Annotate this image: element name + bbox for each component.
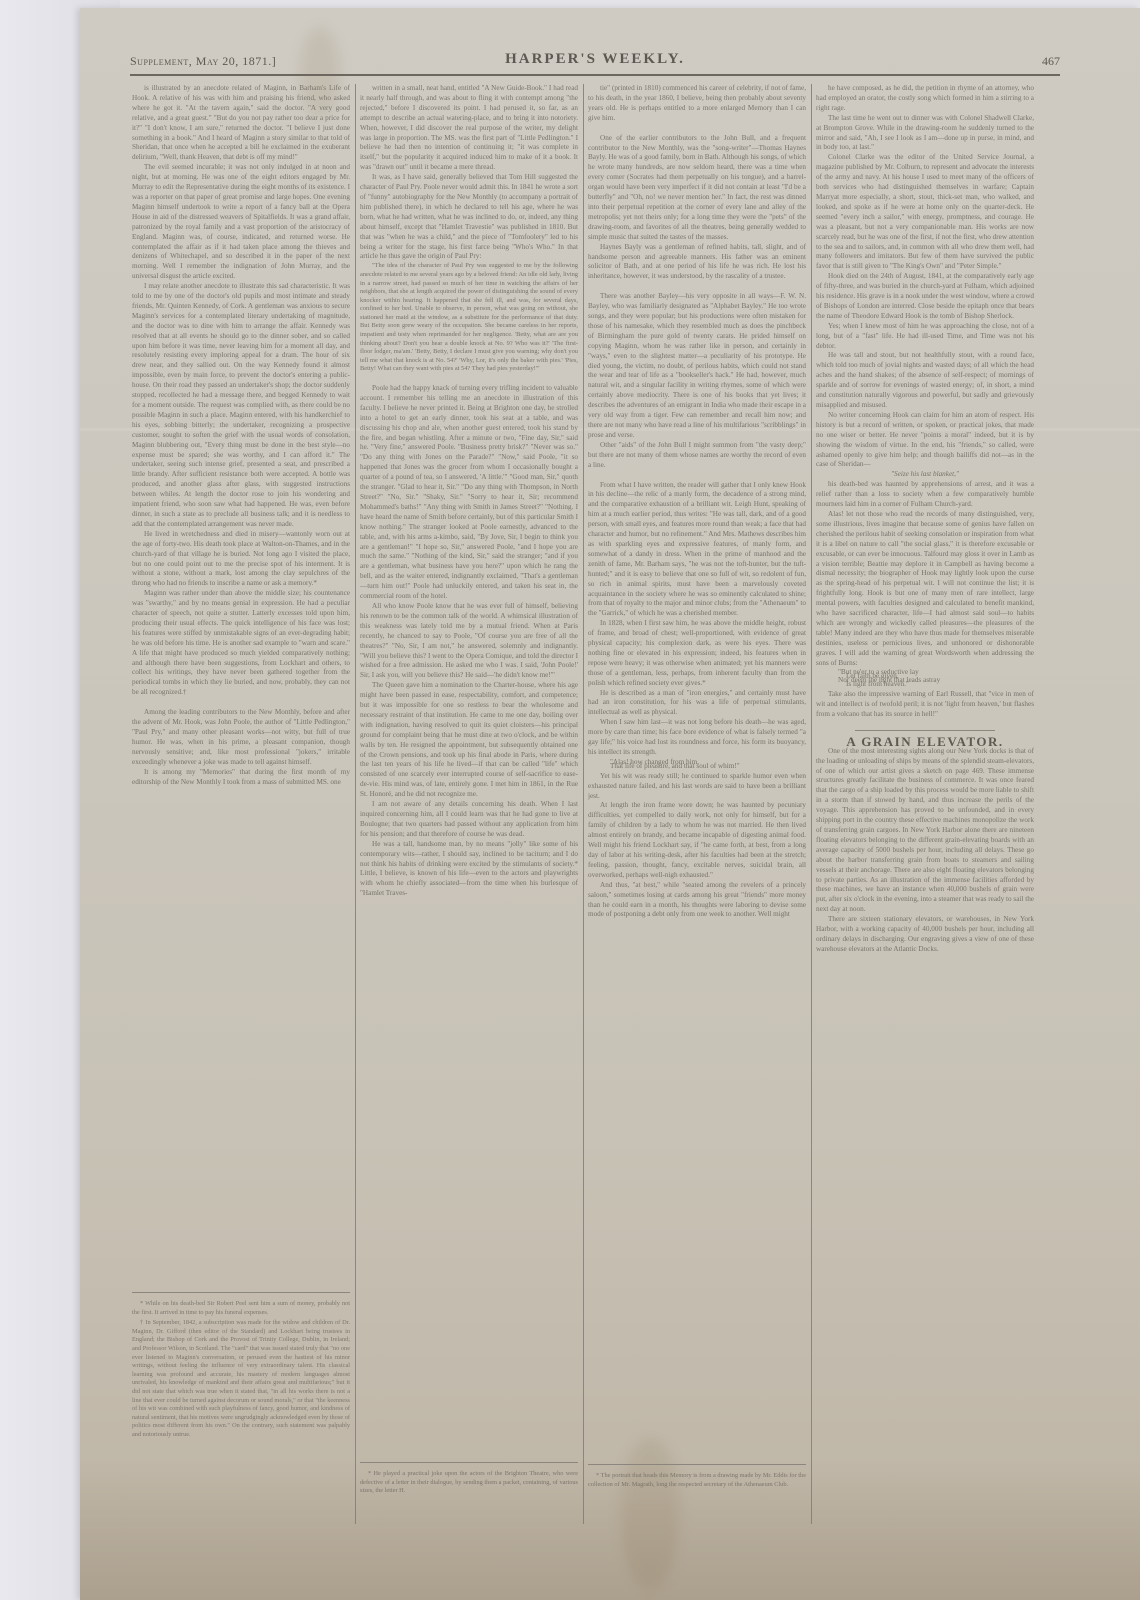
masthead: Supplement, May 20, 1871.] HARPER'S WEEK… <box>130 48 1060 76</box>
paragraph: He lived in wretchedness and died in mis… <box>132 530 350 589</box>
column-divider <box>811 84 812 1524</box>
paper-stain <box>620 1438 680 1588</box>
footnotes-column-2: * He played a practical joke upon the ac… <box>360 1470 578 1498</box>
footnote-rule <box>588 1464 806 1465</box>
paragraph: is illustrated by an anecdote related of… <box>132 84 350 163</box>
article-column-4: he have composed, as he did, the petitio… <box>816 84 1034 1524</box>
paragraph: I may relate another anecdote to illustr… <box>132 282 350 530</box>
paragraph: Colonel Clarke was the editor of the Uni… <box>816 153 1034 272</box>
paragraph: One of the most interesting sights along… <box>816 747 1034 915</box>
paragraph: Alas! let not those who read the records… <box>816 510 1034 669</box>
paragraph: All who know Poole know that he was ever… <box>360 602 578 681</box>
footnote: * While on his death-bed Sir Robert Peel… <box>132 1300 350 1317</box>
paragraph: And thus, "at best," while "seated among… <box>588 881 806 921</box>
paragraph: The last time he went out to dinner was … <box>816 114 1034 154</box>
paragraph: Other "aids" of the John Bull I might su… <box>588 441 806 471</box>
paragraph: He was a tall, handsome man, by no means… <box>360 840 578 899</box>
publication-title: HARPER'S WEEKLY. <box>130 51 1060 68</box>
paragraph: There are sixteen stationary elevators, … <box>816 915 1034 955</box>
paragraph: From what I have written, the reader wil… <box>588 481 806 620</box>
page-number: 467 <box>1042 54 1060 69</box>
paragraph: Among the leading contributors to the Ne… <box>132 708 350 767</box>
column-divider <box>355 84 356 1524</box>
article-column-1: is illustrated by an anecdote related of… <box>132 84 350 1284</box>
paragraph: One of the earlier contributors to the J… <box>588 134 806 243</box>
paragraph: No writer concerning Hook can claim for … <box>816 411 1034 470</box>
paragraph: Haynes Bayly was a gentleman of refined … <box>588 243 806 283</box>
footnotes-column-3: * The portrait that heads this Memory is… <box>588 1472 806 1491</box>
paragraph: The evil seemed incurable; it was not on… <box>132 163 350 282</box>
pull-quote: "Seize his last blanket," <box>816 470 1034 480</box>
column-divider <box>583 84 584 1524</box>
paragraph: Yes; when I knew most of him he was appr… <box>816 322 1034 352</box>
paragraph: There was another Bayley—his very opposi… <box>588 292 806 441</box>
article-column-3: tie" (printed in 1810) commenced his car… <box>588 84 806 1424</box>
paragraph: Hook died on the 24th of August, 1841, a… <box>816 272 1034 322</box>
paragraph: He is described as a man of "iron energi… <box>588 689 806 719</box>
paragraph: The Queen gave him a nomination to the C… <box>360 681 578 800</box>
paragraph: Poole had the happy knack of turning eve… <box>360 384 578 602</box>
footnote: * The portrait that heads this Memory is… <box>588 1472 806 1489</box>
paragraph: He was tall and stout, but not healthful… <box>816 351 1034 410</box>
section-heading: A GRAIN ELEVATOR. <box>816 737 1034 747</box>
paragraph: At length the iron frame wore down; he w… <box>588 801 806 880</box>
footnote-rule <box>360 1462 578 1463</box>
paragraph: Maginn was rather under than above the m… <box>132 589 350 698</box>
footnote: † In September, 1842, a subscription was… <box>132 1319 350 1439</box>
newspaper-page: Supplement, May 20, 1871.] HARPER'S WEEK… <box>80 8 1140 1600</box>
paragraph: It was, as I have said, generally believ… <box>360 173 578 262</box>
footnotes-column-1: * While on his death-bed Sir Robert Peel… <box>132 1300 350 1600</box>
article-column-2: written in a small, neat hand, entitled … <box>360 84 578 1414</box>
paragraph: When I saw him last—it was not long befo… <box>588 718 806 758</box>
block-quote: "The idea of the character of Paul Pry w… <box>360 262 578 374</box>
paragraph: he have composed, as he did, the petitio… <box>816 84 1034 114</box>
paragraph: written in a small, neat hand, entitled … <box>360 84 578 173</box>
paragraph: I am not aware of any details concerning… <box>360 800 578 840</box>
paragraph: his death-bed was haunted by apprehensio… <box>816 480 1034 510</box>
verse-line: That life of pleasure, and that soul of … <box>588 762 806 772</box>
paragraph: In 1828, when I first saw him, he was ab… <box>588 619 806 688</box>
paragraph: It is among my "Memories" that during th… <box>132 768 350 788</box>
paragraph: tie" (printed in 1810) commenced his car… <box>588 84 806 124</box>
paragraph: Take also the impressive warning of Earl… <box>816 690 1034 720</box>
paragraph: Yet his wit was ready still; he continue… <box>588 772 806 802</box>
footnote: * He played a practical joke upon the ac… <box>360 1470 578 1496</box>
footnote-rule <box>132 1292 350 1293</box>
section-divider <box>855 730 995 731</box>
